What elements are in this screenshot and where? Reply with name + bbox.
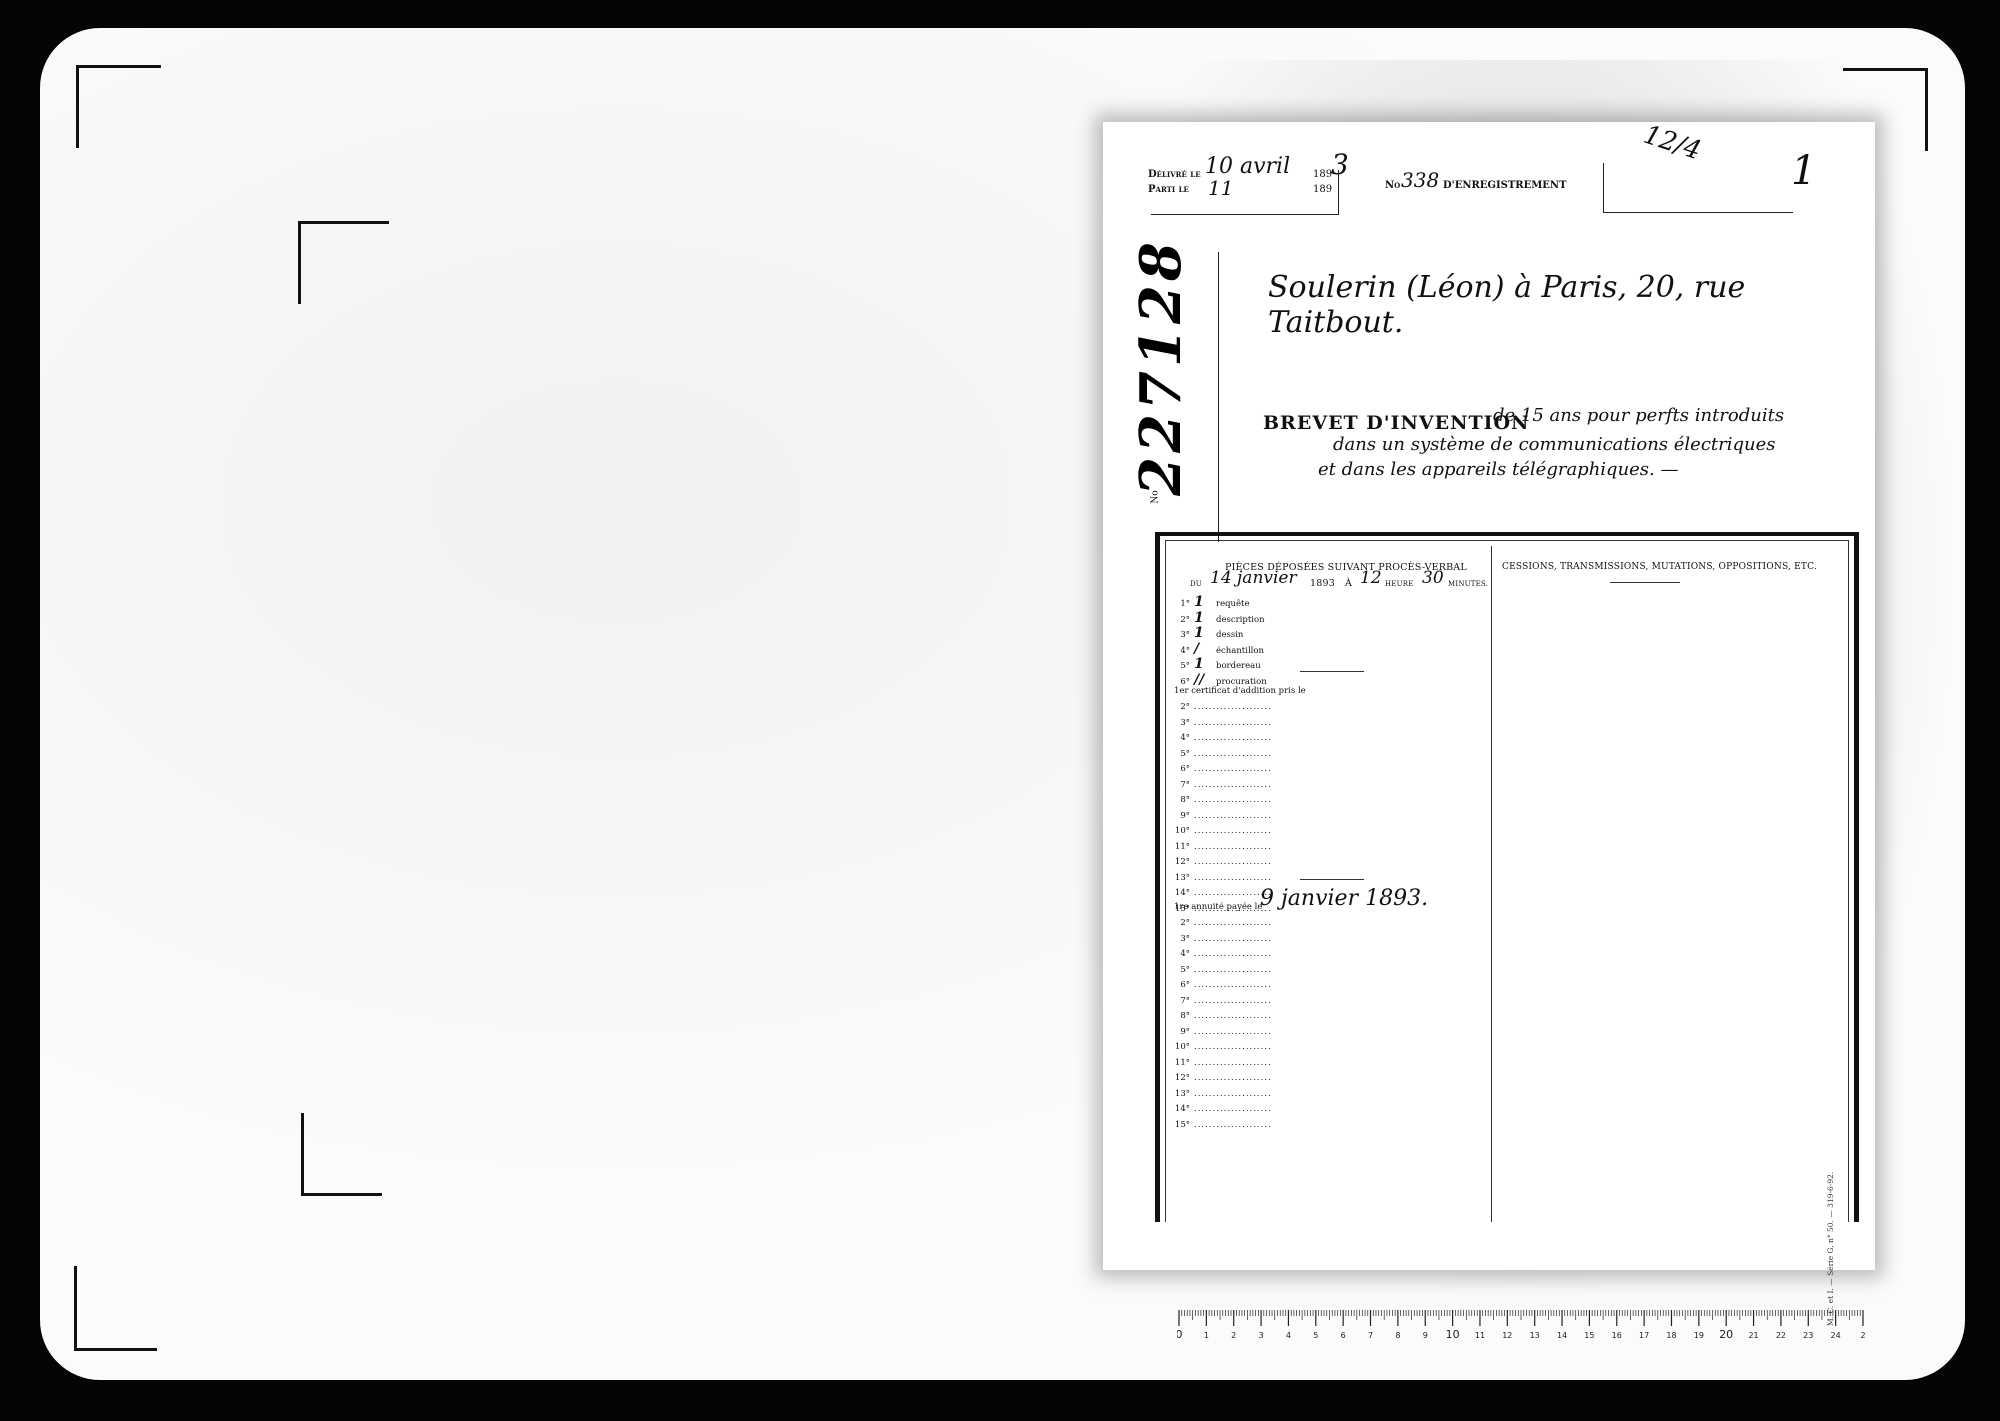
- deposit-hour: 12: [1360, 568, 1382, 588]
- certificat-first: 1er certificat d'addition pris le: [1174, 686, 1306, 696]
- registration-number: 338: [1401, 168, 1439, 192]
- svg-text:16: 16: [1612, 1331, 1622, 1340]
- svg-text:13: 13: [1530, 1331, 1540, 1340]
- cessions-heading: CESSIONS, TRANSMISSIONS, MUTATIONS, OPPO…: [1502, 562, 1817, 572]
- svg-text:12: 12: [1502, 1331, 1512, 1340]
- printer-imprint: M. C. et I. — Série G, n° 50. — 319-6-92…: [1826, 1172, 1835, 1326]
- annuite-row: 3°.....................: [1170, 934, 1272, 944]
- svg-text:5: 5: [1313, 1331, 1318, 1340]
- svg-text:4: 4: [1286, 1331, 1291, 1340]
- column-divider: [1491, 546, 1492, 1222]
- piece-row: 3°1dessin: [1170, 625, 1243, 641]
- certificat-row: 3°.....................: [1170, 718, 1272, 728]
- annuite-row: 2°.....................: [1170, 918, 1272, 928]
- folio-number: 12/4: [1640, 120, 1705, 167]
- svg-text:24: 24: [1831, 1331, 1841, 1340]
- annuite-row: 11°.....................: [1170, 1058, 1272, 1068]
- svg-text:2: 2: [1231, 1331, 1236, 1340]
- svg-text:22: 22: [1776, 1331, 1786, 1340]
- svg-text:0: 0: [1177, 1328, 1183, 1341]
- piece-row: 4°/échantillon: [1170, 641, 1264, 657]
- svg-text:3: 3: [1259, 1331, 1264, 1340]
- annuite-row: 10°.....................: [1170, 1042, 1272, 1052]
- measurement-ruler: 0123456789101112131415161718192021222324…: [1177, 1306, 1865, 1346]
- annuite-first-date: 9 janvier 1893.: [1260, 886, 1428, 911]
- crop-mark-bottom-left-outer: [74, 1266, 157, 1351]
- annuite-row: 4°.....................: [1170, 949, 1272, 959]
- svg-text:6: 6: [1341, 1331, 1346, 1340]
- crop-mark-top-left-inner: [298, 221, 389, 304]
- patent-register-sheet: Délivré le 10 avril 189 3 Parti le 11 18…: [1103, 122, 1875, 1270]
- brevet-description-1: de 15 ans pour perfts introduits: [1493, 405, 1784, 426]
- patent-number: 227128: [1131, 232, 1191, 502]
- certificat-row: 12°.....................: [1170, 857, 1272, 867]
- annuite-first: 1re annuité payée le: [1174, 902, 1262, 912]
- holder-name-line: Soulerin (Léon) à Paris, 20, rue Taitbou…: [1268, 270, 1875, 340]
- svg-text:19: 19: [1694, 1331, 1704, 1340]
- svg-text:17: 17: [1639, 1331, 1649, 1340]
- brevet-description-2: dans un système de communications électr…: [1333, 434, 1776, 455]
- piece-row: 5°1bordereau: [1170, 656, 1261, 672]
- crop-mark-bottom-left-inner: [301, 1113, 382, 1196]
- certificat-row: 10°.....................: [1170, 826, 1272, 836]
- svg-text:1: 1: [1204, 1331, 1209, 1340]
- annuite-row: 15°.....................: [1170, 1120, 1272, 1130]
- certificat-row: 14°.....................: [1170, 888, 1272, 898]
- certificat-row: 13°.....................: [1170, 873, 1272, 883]
- annuite-row: 8°.....................: [1170, 1011, 1272, 1021]
- brevet-title: BREVET D'INVENTION: [1263, 412, 1529, 434]
- certificat-row: 6°.....................: [1170, 764, 1272, 774]
- certificat-row: 4°.....................: [1170, 733, 1272, 743]
- svg-text:15: 15: [1584, 1331, 1594, 1340]
- svg-text:11: 11: [1475, 1331, 1485, 1340]
- register-table: PIÈCES DÉPOSÉES SUIVANT PROCÈS-VERBAL DU…: [1155, 532, 1859, 1222]
- certificat-row: 9°.....................: [1170, 811, 1272, 821]
- svg-text:10: 10: [1446, 1328, 1460, 1341]
- registration-label: D'ENREGISTREMENT: [1443, 180, 1567, 191]
- certificat-row: 5°.....................: [1170, 749, 1272, 759]
- svg-text:20: 20: [1719, 1328, 1733, 1341]
- delivre-line: Délivré le: [1148, 169, 1201, 180]
- svg-text:8: 8: [1395, 1331, 1400, 1340]
- deposit-date: 14 janvier: [1210, 568, 1297, 588]
- certificat-row: 2°.....................: [1170, 702, 1272, 712]
- certificat-row: 11°.....................: [1170, 842, 1272, 852]
- annuite-row: 6°.....................: [1170, 980, 1272, 990]
- piece-row: 2°1description: [1170, 610, 1265, 626]
- annuite-row: 13°.....................: [1170, 1089, 1272, 1099]
- parti-line: Parti le: [1148, 184, 1189, 195]
- svg-text:21: 21: [1748, 1331, 1758, 1340]
- brevet-description-3: et dans les appareils télégraphiques. —: [1318, 459, 1679, 480]
- annuite-row: 5°.....................: [1170, 965, 1272, 975]
- annuite-row: 7°.....................: [1170, 996, 1272, 1006]
- svg-text:9: 9: [1423, 1331, 1428, 1340]
- certificat-row: 8°.....................: [1170, 795, 1272, 805]
- certificat-row: 7°.....................: [1170, 780, 1272, 790]
- svg-text:7: 7: [1368, 1331, 1373, 1340]
- annuite-row: 9°.....................: [1170, 1027, 1272, 1037]
- svg-text:14: 14: [1557, 1331, 1567, 1340]
- svg-text:2: 2: [1860, 1331, 1865, 1340]
- parti-date: 11: [1208, 176, 1233, 200]
- svg-text:23: 23: [1803, 1331, 1813, 1340]
- annuite-row: 12°.....................: [1170, 1073, 1272, 1083]
- crop-mark-top-left-outer: [76, 65, 161, 148]
- annuite-row: 14°.....................: [1170, 1104, 1272, 1114]
- piece-row: 1°1requête: [1170, 594, 1250, 610]
- sheet-number: 1: [1791, 148, 1816, 194]
- svg-text:18: 18: [1666, 1331, 1676, 1340]
- deposit-minutes: 30: [1422, 568, 1444, 588]
